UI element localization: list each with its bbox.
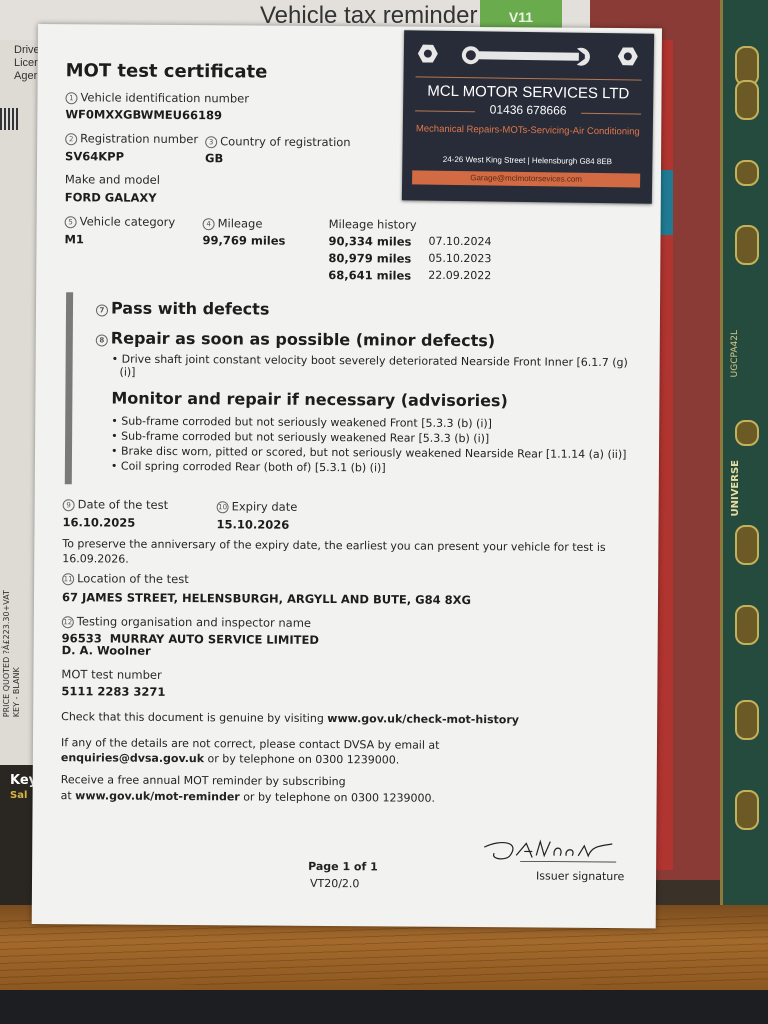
minor-defects-heading: 8Repair as soon as possible (minor defec… [96,328,495,350]
contact-text-2: enquiries@dvsa.gov.uk or by telephone on… [61,751,400,766]
binder-brand: UNIVERSE [730,460,741,517]
anniversary-note: To preserve the anniversary of the expir… [62,537,605,554]
advisory-item: • Sub-frame corroded but not seriously w… [111,430,489,446]
wrench-icon [459,45,599,67]
binder-hole [735,225,759,265]
registration-label: 2Registration number [65,131,198,146]
binder-hole [735,525,759,565]
mileage-history-miles: 80,979 miles [328,251,411,266]
card-divider [416,76,642,80]
signature [480,835,620,866]
binder-hole [735,160,759,186]
location-label: 11Location of the test [62,571,189,586]
dvsa-email-link[interactable]: enquiries@dvsa.gov.uk [61,751,204,765]
mileage-history-date: 07.10.2024 [428,235,491,248]
make-model-label: Make and model [65,172,160,187]
card-services: Mechanical Repairs-MOTs-Servicing-Air Co… [403,123,653,137]
binder-hole [735,700,759,740]
vin-value: WF0MXXGBWMEU66189 [65,107,222,122]
card-phone: 01436 678666 [403,101,653,118]
binder-hole [735,790,759,830]
mileage-history-date: 22.09.2022 [428,269,491,282]
inspector-name: D. A. Woolner [62,643,151,658]
registration-value: SV64KPP [65,149,124,163]
key-card-subtitle: Sal [10,790,27,801]
result-bar [65,292,73,484]
issuer-signature-label: Issuer signature [536,869,624,883]
binder-hole [735,605,759,645]
test-number-label: MOT test number [61,667,161,682]
binder-sleeve [720,0,768,910]
receipt-text: PRICE QUOTED ?Â£223.30+VAT KEY - BLANK [2,590,22,717]
mileage-history-date: 05.10.2023 [428,252,491,265]
card-company-name: MCL MOTOR SERVICES LTD [403,82,653,102]
vin-label: 1Vehicle identification number [65,90,249,105]
binder-hole [735,420,759,446]
reminder-text: Receive a free annual MOT reminder by su… [61,773,346,788]
advisory-item: • Brake disc worn, pitted or scored, but… [111,445,627,462]
card-address: 24-26 West King Street | Helensburgh G84… [402,154,652,166]
binder-hole [735,80,759,120]
reminder-text-2: at www.gov.uk/mot-reminder or by telepho… [61,789,435,805]
category-label: 5Vehicle category [65,214,176,229]
business-card: MCL MOTOR SERVICES LTD 01436 678666 Mech… [402,30,654,203]
mileage-value: 99,769 miles [202,233,285,248]
form-code: VT20/2.0 [310,877,360,890]
mileage-history-label: Mileage history [329,217,417,232]
dvla-logo: Drive Licer Ager [14,44,40,83]
country-value: GB [205,151,223,165]
country-label: 3Country of registration [205,134,351,149]
binder-code: UGCPA42L [730,330,760,377]
floor [0,990,768,1024]
card-email: Garage@mclmotorsevices.com [412,170,640,187]
contact-text: If any of the details are not correct, p… [61,736,440,752]
make-model-value: FORD GALAXY [65,190,157,205]
mileage-history-miles: 68,641 miles [328,268,411,283]
qr-code [0,108,18,130]
advisory-item: • Sub-frame corroded but not seriously w… [111,415,492,431]
expiry-date-value: 15.10.2026 [216,517,289,532]
nut-icon [418,44,438,62]
test-result: 7Pass with defects [96,298,269,318]
location-value: 67 JAMES STREET, HELENSBURGH, ARGYLL AND… [62,590,471,607]
advisories-heading: Monitor and repair if necessary (advisor… [111,389,508,411]
mileage-label: 4Mileage [203,216,263,230]
mileage-history-miles: 90,334 miles [328,234,411,249]
mot-reminder-link[interactable]: www.gov.uk/mot-reminder [75,789,240,803]
advisory-item: • Coil spring corroded Rear (both of) [5… [111,460,386,475]
test-date-value: 16.10.2025 [62,515,135,530]
category-value: M1 [64,232,84,246]
nut-icon [618,47,638,65]
anniversary-date: 16.09.2026. [62,552,129,565]
minor-defect-item-cont: (i)] [120,366,136,379]
test-date-label: 9Date of the test [63,497,169,512]
testing-org-label: 12Testing organisation and inspector nam… [62,614,311,630]
check-mot-history-link[interactable]: www.gov.uk/check-mot-history [327,712,519,726]
page-number: Page 1 of 1 [308,860,378,873]
certificate-title: MOT test certificate [66,60,268,82]
expiry-date-label: 10Expiry date [217,499,298,514]
minor-defect-item: • Drive shaft joint constant velocity bo… [112,353,628,370]
test-number-value: 5111 2283 3271 [61,684,165,699]
check-genuine-text: Check that this document is genuine by v… [61,710,519,726]
